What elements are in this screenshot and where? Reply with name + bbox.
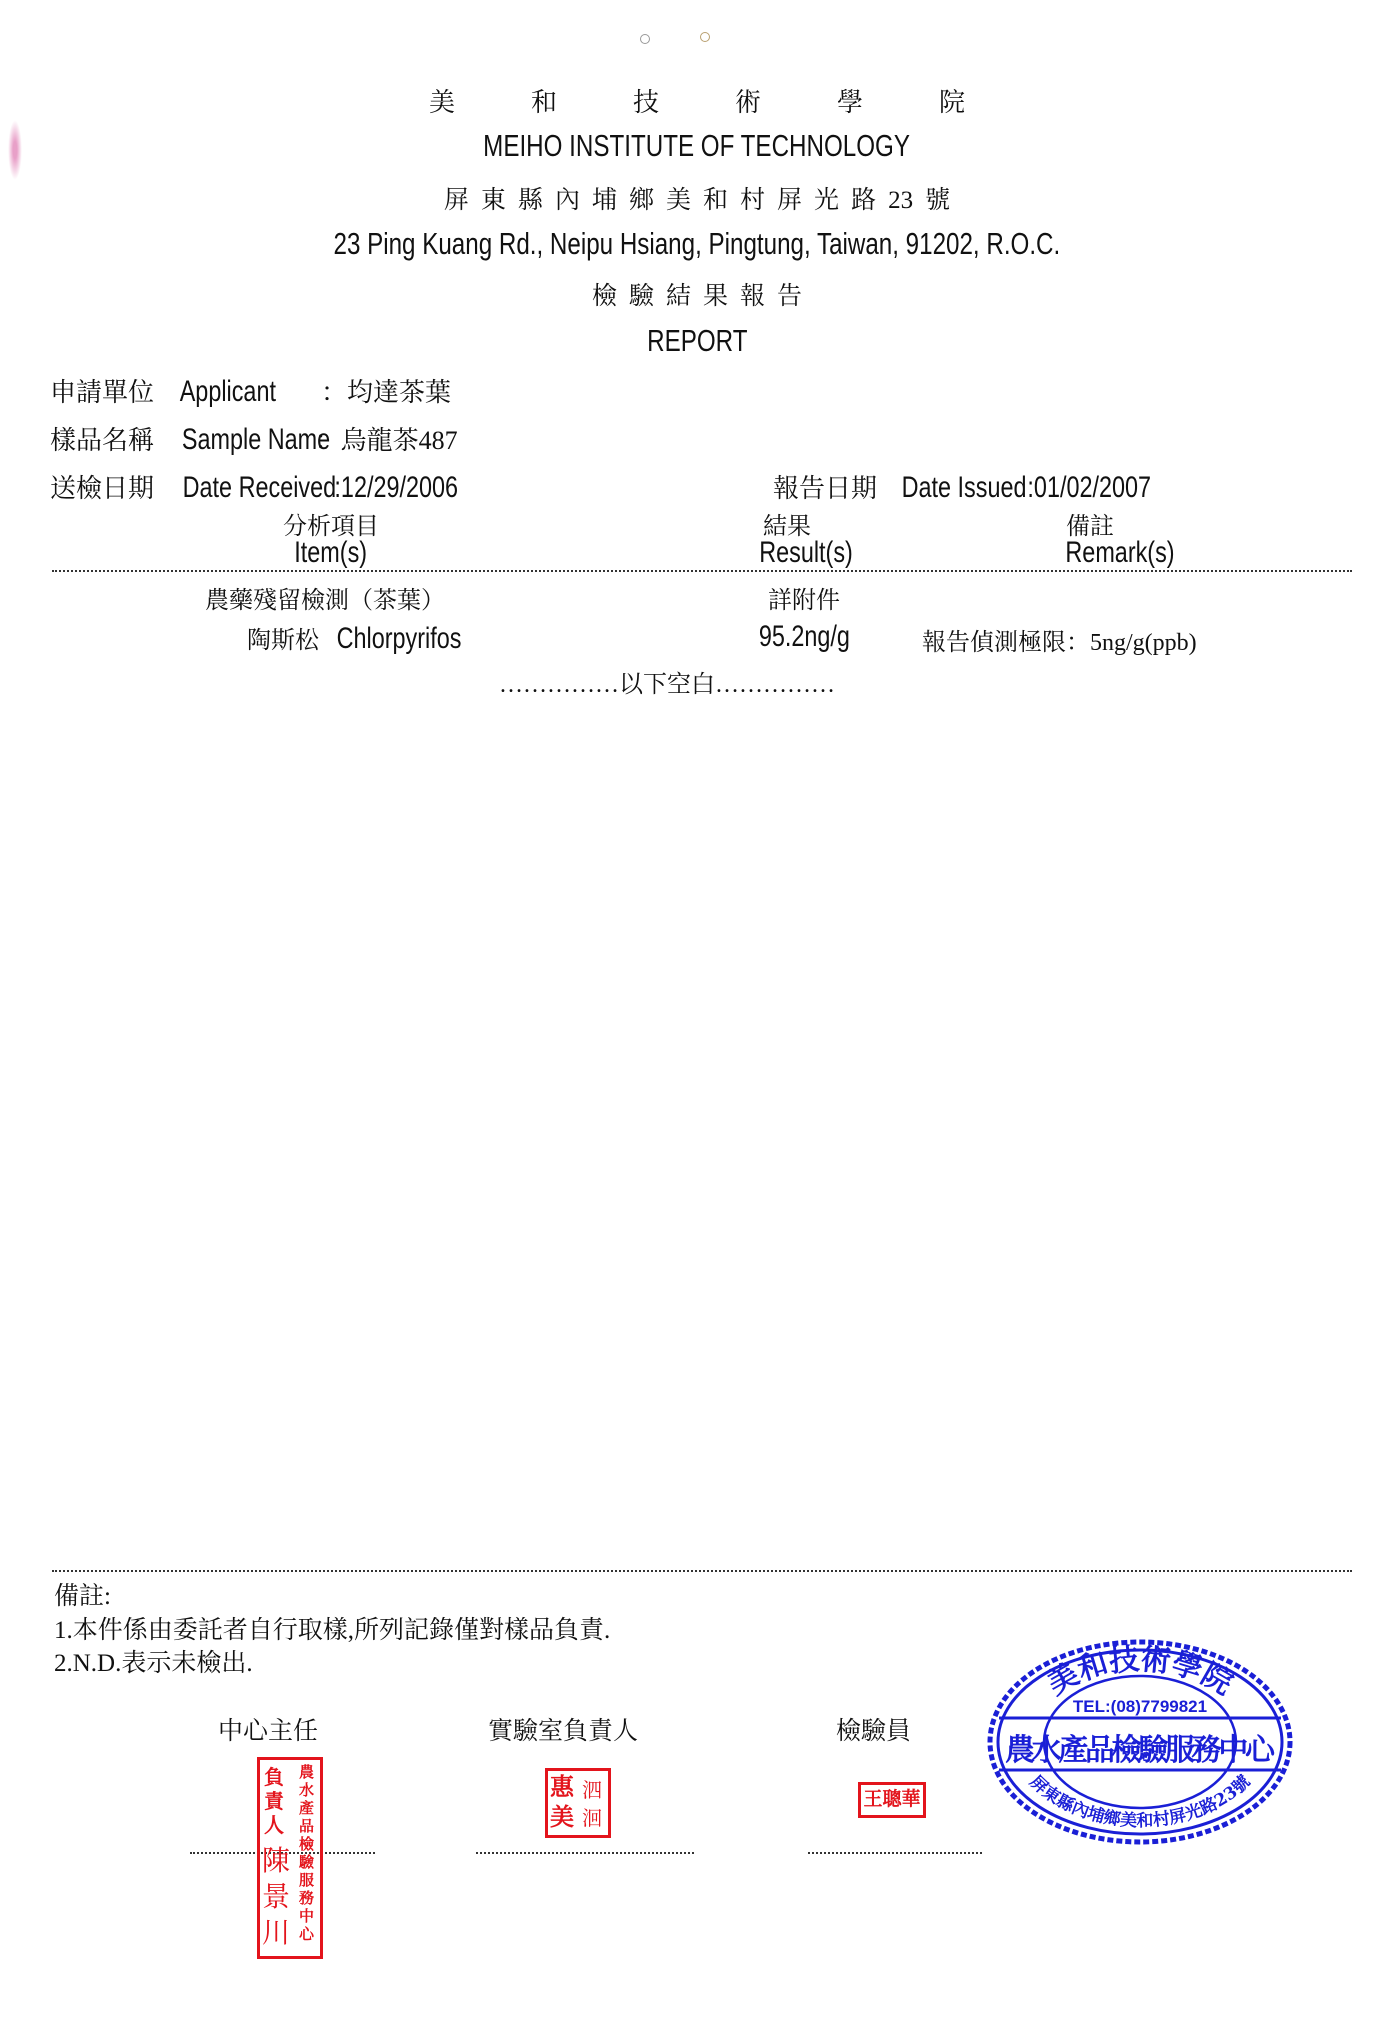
report-title-char: 結	[666, 276, 691, 312]
institute-name-en: MEIHO INSTITUTE OF TECHNOLOGY	[0, 128, 1394, 164]
address-char: 縣	[518, 180, 543, 216]
report-title-char: 告	[777, 276, 802, 312]
applicant-label-cn: 申請單位	[50, 378, 154, 407]
col-item-en: Item(s)	[284, 536, 377, 570]
row-item-en: Chlorpyrifos	[337, 622, 462, 656]
note-item: 1.本件係由委託者自行取樣,所列記錄僅對樣品負責.	[54, 1610, 610, 1646]
received-label-en: Date Received	[182, 471, 335, 505]
sample-label-cn: 樣品名稱	[50, 426, 154, 455]
issued-label-cn: 報告日期	[773, 474, 877, 503]
institute-char: 術	[735, 82, 761, 119]
col-result-en: Result(s)	[746, 536, 866, 570]
row-item: 農藥殘留檢測（茶葉）	[205, 588, 445, 614]
signature-label-lab-head: 實驗室負責人	[488, 1711, 638, 1747]
scan-speck	[640, 34, 650, 44]
institute-name-cn: 美和技術學院	[0, 82, 1394, 119]
svg-text:農水產品檢驗服務中心: 農水產品檢驗服務中心	[1005, 1733, 1276, 1768]
note-item: 2.N.D.表示未檢出.	[54, 1643, 253, 1679]
signature-line-lab-head	[476, 1852, 694, 1854]
official-seal: 美和技術學院 TEL:(08)7799821 農水產品檢驗服務中心 屏東縣內埔鄉…	[985, 1638, 1295, 1846]
institute-char: 院	[939, 82, 965, 119]
received-label-cn: 送檢日期	[50, 474, 154, 503]
inspector-stamp: 王聰華	[858, 1782, 926, 1818]
issued-row: 報告日期 Date Issued:01/02/2007	[773, 468, 1168, 505]
director-stamp-org: 農水產品檢驗服務中心	[299, 1764, 317, 1944]
applicant-label-en: Applicant	[179, 375, 312, 409]
notes-title: 備註:	[54, 1576, 111, 1612]
report-title-char: 報	[740, 276, 765, 312]
director-stamp-name: 陳景川	[262, 1844, 292, 1952]
report-title-char: 檢	[592, 276, 617, 312]
lab-head-stamp: 惠美 泗洄	[545, 1768, 611, 1838]
issued-label-en: Date Issued	[901, 471, 1026, 505]
table-header-divider	[52, 570, 1352, 572]
address-char: 村	[740, 180, 765, 216]
address-char: 鄉	[629, 180, 654, 216]
row-remark: 報告偵測極限：5ng/g(ppb)	[922, 622, 1197, 657]
signature-line-inspector	[808, 1852, 982, 1854]
issued-value: :01/02/2007	[1027, 471, 1151, 505]
applicant-row: 申請單位 Applicant ：均達茶葉	[50, 372, 451, 409]
institute-char: 學	[837, 82, 863, 119]
sample-value: ：烏龍茶487	[315, 426, 458, 455]
address-char: 屏	[777, 180, 802, 216]
address-en: 23 Ping Kuang Rd., Neipu Hsiang, Pingtun…	[0, 226, 1394, 262]
institute-char: 和	[531, 82, 557, 119]
report-title-en: REPORT	[0, 323, 1394, 359]
scan-speck	[700, 32, 710, 42]
institute-char: 技	[633, 82, 659, 119]
report-title-char: 驗	[629, 276, 654, 312]
row-result: 詳附件	[768, 580, 840, 615]
lab-head-stamp-extra: 泗洄	[582, 1777, 606, 1833]
address-char: 美	[666, 180, 691, 216]
address-char: 23	[888, 187, 913, 215]
address-char: 路	[851, 180, 876, 216]
address-char: 埔	[592, 180, 617, 216]
row-result: 95.2ng/g	[746, 620, 863, 654]
address-char: 內	[555, 180, 580, 216]
address-char: 和	[703, 180, 728, 216]
seal-outline-icon: 美和技術學院 TEL:(08)7799821 農水產品檢驗服務中心 屏東縣內埔鄉…	[985, 1638, 1295, 1846]
director-stamp: 農水產品檢驗服務中心 負責人 陳景川	[257, 1757, 323, 1959]
director-stamp-title: 負責人	[264, 1766, 290, 1838]
address-char: 屏	[444, 180, 469, 216]
applicant-value: ：均達茶葉	[321, 378, 451, 407]
received-row: 送檢日期 Date Received:12/29/2006	[50, 468, 476, 505]
address-char: 號	[925, 180, 950, 216]
end-of-records-marker: ……………以下空白……………	[0, 664, 1364, 699]
table-row: 農藥殘留檢測（茶葉）	[205, 580, 445, 615]
sample-row: 樣品名稱 Sample Name：烏龍茶487	[50, 420, 458, 457]
signature-label-director: 中心主任	[218, 1711, 318, 1747]
report-title-char: 果	[703, 276, 728, 312]
svg-text:TEL:(08)7799821: TEL:(08)7799821	[1073, 1697, 1207, 1716]
institute-char: 美	[429, 82, 455, 119]
lab-head-stamp-given: 惠美	[550, 1773, 576, 1833]
table-row: 陶斯松Chlorpyrifos	[247, 620, 479, 656]
row-item-cn: 陶斯松	[247, 628, 319, 654]
address-char: 東	[481, 180, 506, 216]
col-remark-en: Remark(s)	[1050, 536, 1190, 570]
sample-label-en: Sample Name	[181, 423, 329, 457]
notes-divider	[52, 1570, 1352, 1572]
address-cn: 屏東縣內埔鄉美和村屏光路23號	[0, 180, 1394, 216]
signature-label-inspector: 檢驗員	[836, 1711, 911, 1747]
received-value: :12/29/2006	[335, 471, 459, 505]
report-title-cn: 檢驗結果報告	[0, 276, 1394, 312]
address-char: 光	[814, 180, 839, 216]
